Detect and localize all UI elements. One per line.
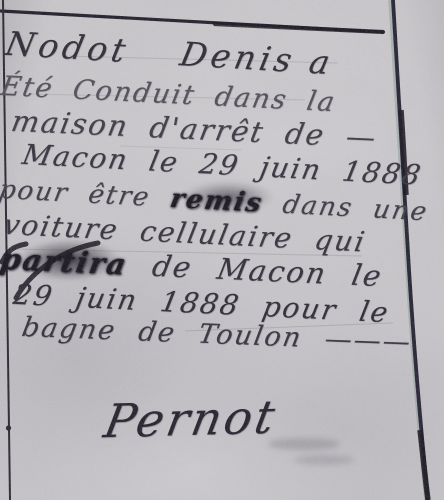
handwritten-text: pour être: [0, 175, 173, 214]
handwriting-layer: NodotDenis a Été Conduit dans la maison …: [0, 0, 444, 500]
manuscript-page: NodotDenis a Été Conduit dans la maison …: [0, 0, 444, 500]
handwritten-text: Nodot: [2, 24, 133, 70]
handwritten-text-blotted: remis: [168, 184, 266, 219]
signature-text: Pernot: [100, 390, 282, 449]
tab-gap: [127, 62, 179, 65]
signature: Pernot: [100, 390, 282, 449]
handwritten-text-blotted: partira: [0, 242, 131, 282]
handwritten-text: Denis a: [177, 34, 337, 82]
